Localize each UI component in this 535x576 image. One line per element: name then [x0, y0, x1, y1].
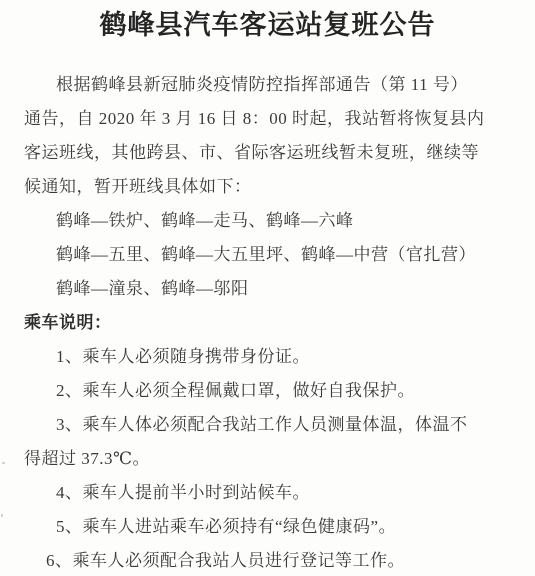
instruction-item-continuation: 得超过 37.3℃。 — [0, 442, 535, 476]
route-line: 鹤峰—潼泉、鹤峰—邬阳 — [0, 272, 535, 306]
intro-line: 候通知，暂开班线具体如下： — [0, 170, 535, 204]
instruction-item: 4、乘车人提前半小时到站候车。 — [0, 476, 535, 510]
instruction-item: 2、乘车人必须全程佩戴口罩，做好自我保护。 — [0, 374, 535, 408]
scan-artifact — [1, 514, 3, 517]
route-line: 鹤峰—五里、鹤峰—大五里坪、鹤峰—中营（官扎营） — [0, 238, 535, 272]
instruction-item: 1、乘车人必须随身携带身份证。 — [0, 340, 535, 374]
route-line: 鹤峰—铁炉、鹤峰—走马、鹤峰—六峰 — [0, 204, 535, 238]
instruction-item: 6、乘车人必须配合我站人员进行登记等工作。 — [0, 544, 535, 576]
instructions-heading: 乘车说明： — [0, 306, 535, 340]
instruction-item: 3、乘车人体必须配合我站工作人员测量体温，体温不 — [0, 408, 535, 442]
intro-line: 客运班线，其他跨县、市、省际客运班线暂未复班，继续等 — [0, 136, 535, 170]
instruction-item: 5、乘车人进站乘车必须持有“绿色健康码”。 — [0, 510, 535, 544]
notice-body: 根据鹤峰县新冠肺炎疫情防控指挥部通告（第 11 号） 通告，自 2020 年 3… — [0, 68, 535, 576]
notice-document: 鹤峰县汽车客运站复班公告 根据鹤峰县新冠肺炎疫情防控指挥部通告（第 11 号） … — [0, 0, 535, 576]
intro-line: 通告，自 2020 年 3 月 16 日 8：00 时起，我站暂将恢复县内 — [0, 102, 535, 136]
notice-title: 鹤峰县汽车客运站复班公告 — [0, 0, 535, 42]
scan-artifact — [2, 462, 5, 464]
intro-line: 根据鹤峰县新冠肺炎疫情防控指挥部通告（第 11 号） — [0, 68, 535, 102]
